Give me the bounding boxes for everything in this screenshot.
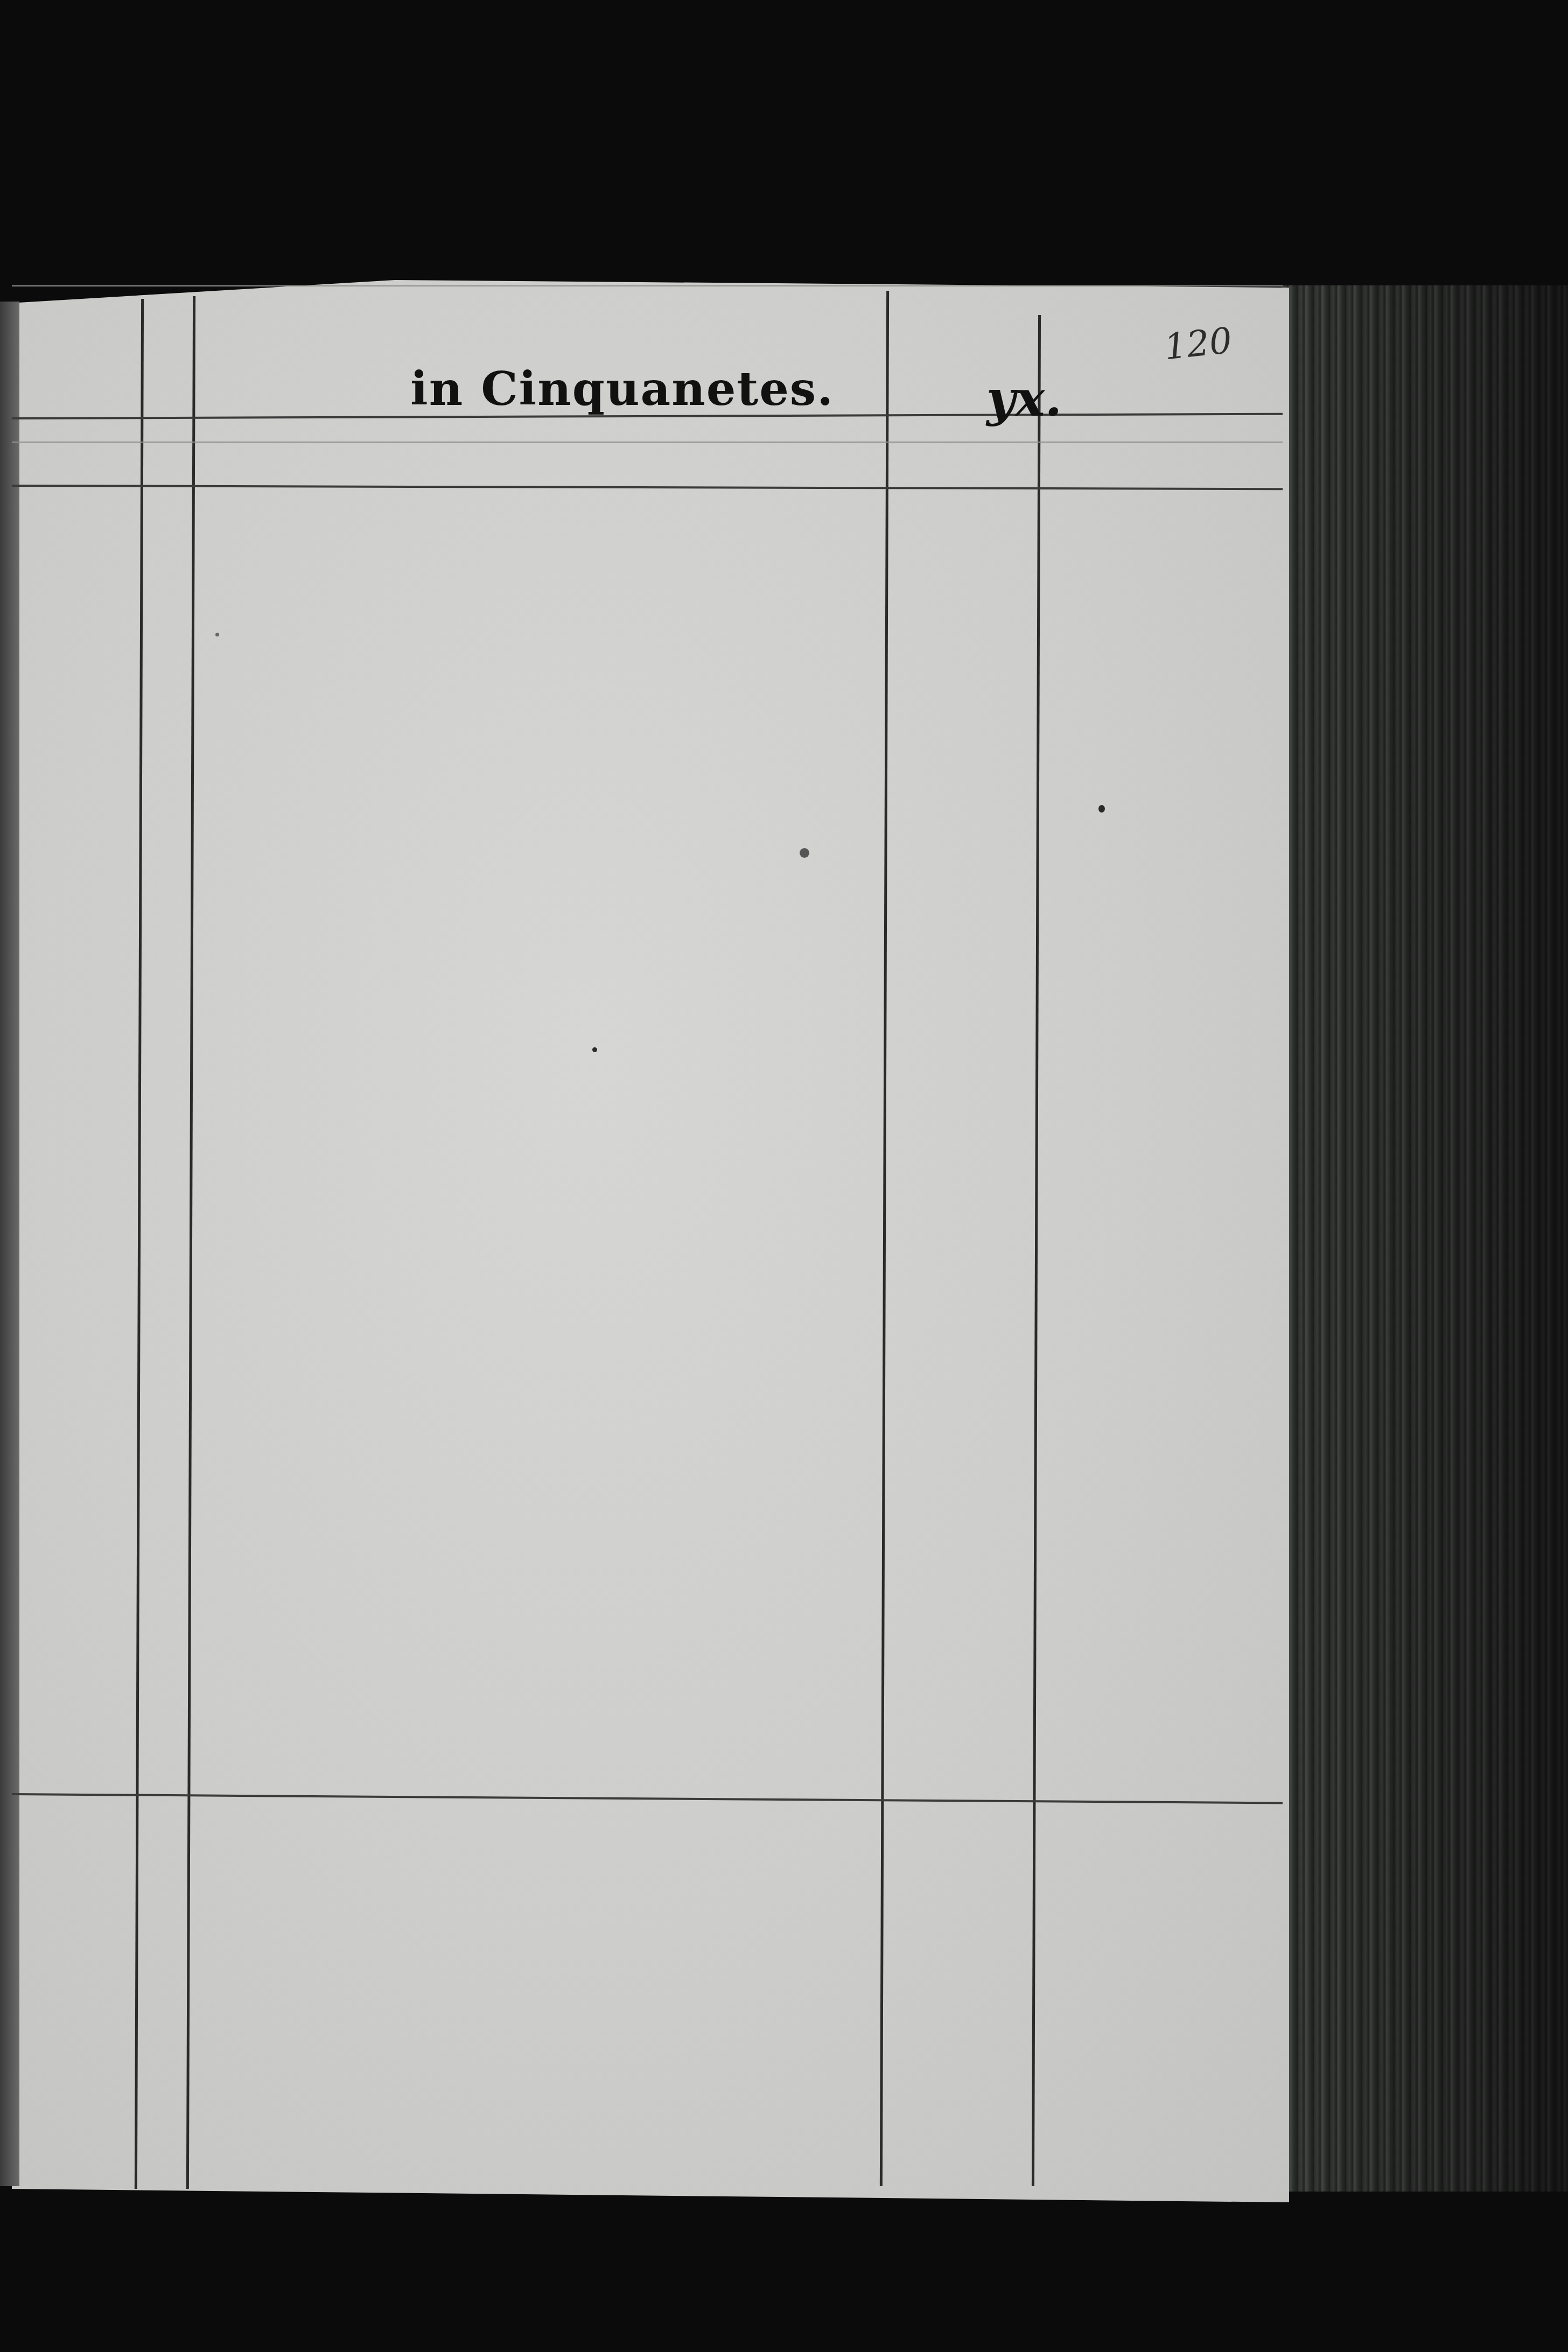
- book-fore-edge: [1282, 285, 1568, 2192]
- ruling-horizontal-upper: [12, 285, 1283, 286]
- ink-speck: [592, 1047, 597, 1052]
- column-marker: yx.: [986, 369, 1062, 428]
- manuscript-page: [12, 280, 1289, 2202]
- folio-number: 120: [1162, 320, 1234, 368]
- ink-speck: [215, 633, 219, 636]
- ruling-horizontal-head-2: [12, 442, 1283, 443]
- gutter-shadow: [0, 302, 19, 2186]
- ink-speck: [800, 848, 809, 858]
- ink-speck: [1098, 805, 1105, 813]
- page-heading: in Cinquanetes.: [410, 362, 834, 416]
